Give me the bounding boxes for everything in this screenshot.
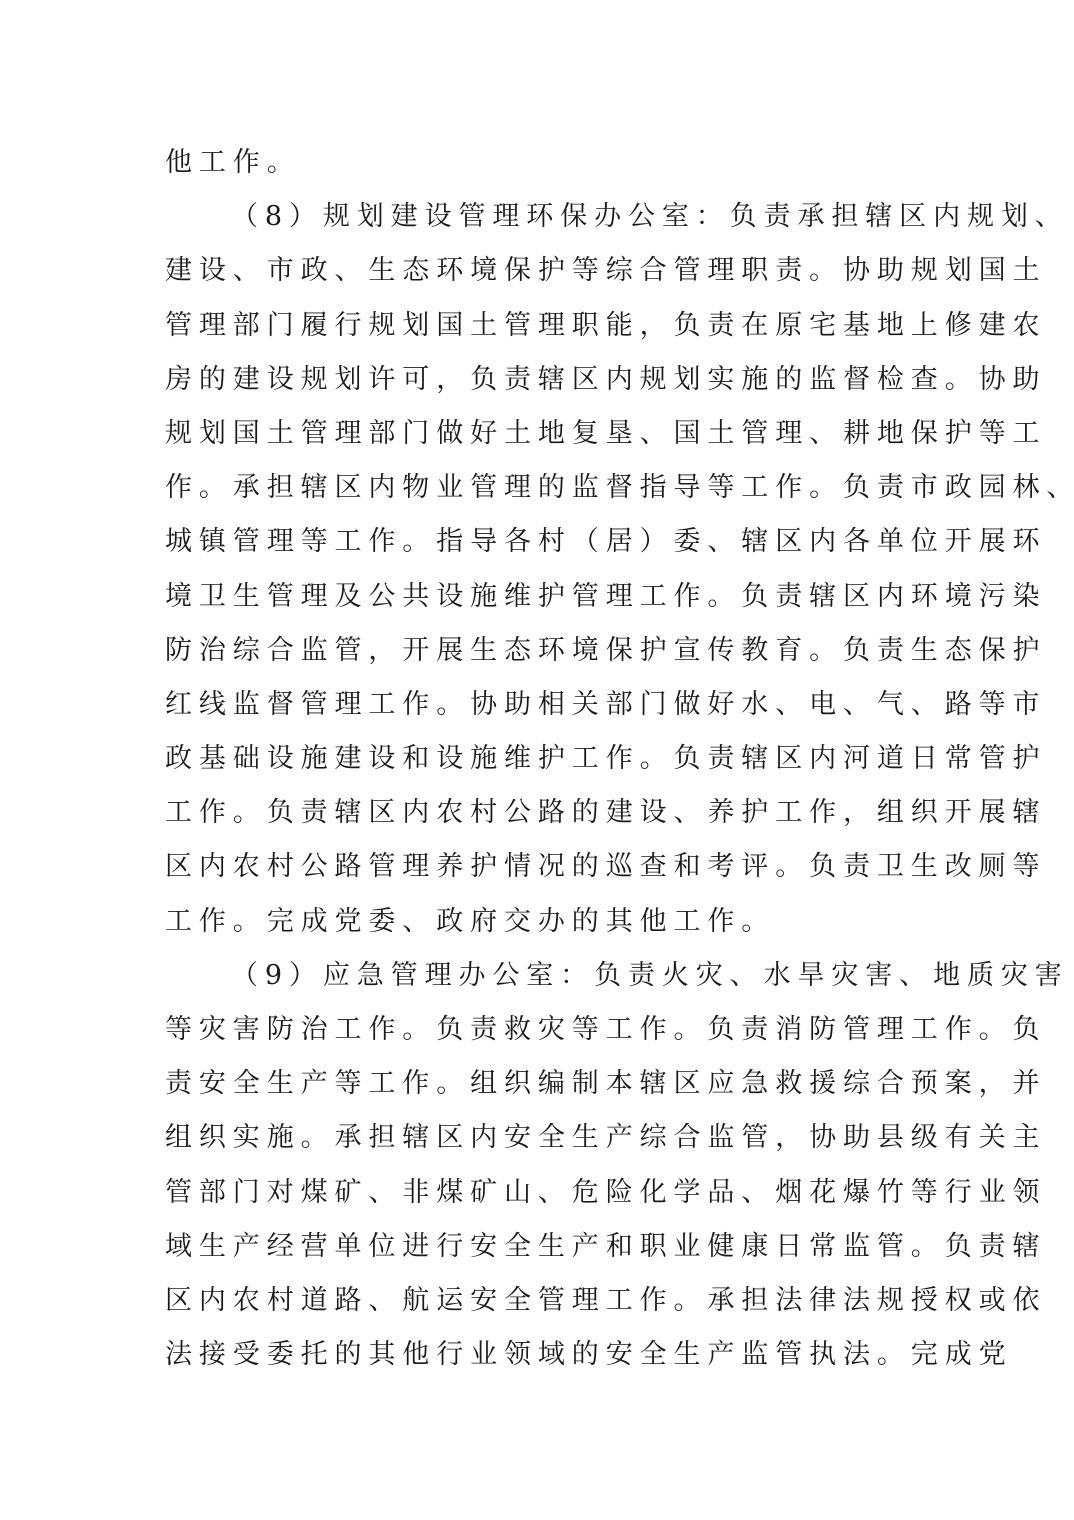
text-line: 房的建设规划许可，负责辖区内规划实施的监督检查。协助	[165, 353, 925, 407]
text-line: 域生产经营单位进行安全生产和职业健康日常监管。负责辖	[165, 1220, 925, 1274]
text-line: 管理部门履行规划国土管理职能，负责在原宅基地上修建农	[165, 299, 925, 353]
text-line: 区内农村公路管理养护情况的巡查和考评。负责卫生改厕等	[165, 840, 925, 894]
text-line: 境卫生管理及公共设施维护管理工作。负责辖区内环境污染	[165, 570, 925, 624]
text-line: 区内农村道路、航运安全管理工作。承担法律法规授权或依	[165, 1274, 925, 1328]
document-page: 他工作。 （8）规划建设管理环保办公室：负责承担辖区内规划、 建设、市政、生态环…	[165, 136, 925, 1382]
text-line: 管部门对煤矿、非煤矿山、危险化学品、烟花爆竹等行业领	[165, 1166, 925, 1220]
text-line: 法接受委托的其他行业领域的安全生产监管执法。完成党	[165, 1328, 925, 1382]
section-8-heading-line: （8）规划建设管理环保办公室：负责承担辖区内规划、	[165, 190, 925, 244]
text-line: 他工作。	[165, 136, 925, 190]
text-line: 规划国土管理部门做好土地复垦、国土管理、耕地保护等工	[165, 407, 925, 461]
text-line: 工作。完成党委、政府交办的其他工作。	[165, 895, 925, 949]
text-line: 组织实施。承担辖区内安全生产综合监管，协助县级有关主	[165, 1111, 925, 1165]
text-line: 建设、市政、生态环境保护等综合管理职责。协助规划国土	[165, 244, 925, 298]
text-line: 城镇管理等工作。指导各村（居）委、辖区内各单位开展环	[165, 515, 925, 569]
section-9-heading-line: （9）应急管理办公室：负责火灾、水旱灾害、地质灾害	[165, 949, 925, 1003]
text-line: 作。承担辖区内物业管理的监督指导等工作。负责市政园林、	[165, 461, 925, 515]
text-line: 等灾害防治工作。负责救灾等工作。负责消防管理工作。负	[165, 1003, 925, 1057]
text-line: 政基础设施建设和设施维护工作。负责辖区内河道日常管护	[165, 732, 925, 786]
text-line: 责安全生产等工作。组织编制本辖区应急救援综合预案，并	[165, 1057, 925, 1111]
text-line: 防治综合监管，开展生态环境保护宣传教育。负责生态保护	[165, 624, 925, 678]
text-line: 红线监督管理工作。协助相关部门做好水、电、气、路等市	[165, 678, 925, 732]
text-line: 工作。负责辖区内农村公路的建设、养护工作，组织开展辖	[165, 786, 925, 840]
